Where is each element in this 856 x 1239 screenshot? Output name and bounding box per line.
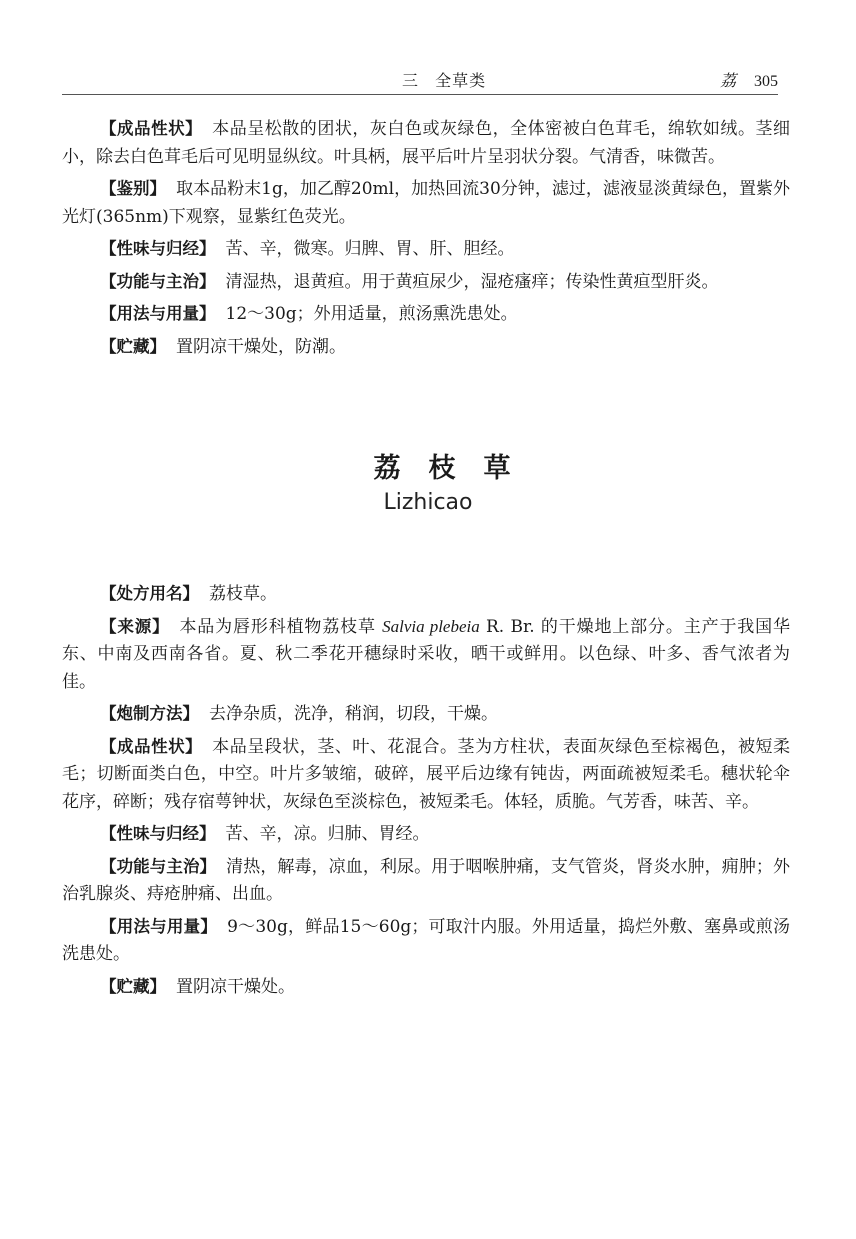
- page-number: 305: [754, 73, 778, 90]
- section-number: 三: [402, 71, 419, 90]
- previous-entry-body: 【成品性状】本品呈松散的团状，灰白色或灰绿色，全体密被白色茸毛，绵软如绒。茎细小…: [62, 115, 790, 365]
- paragraph-nature-meridian: 【性味与归经】苦、辛，微寒。归脾、胃、肝、胆经。: [62, 235, 790, 264]
- paragraph-storage: 【贮藏】置阴凉干燥处。: [62, 973, 790, 1002]
- entry-pinyin: Lizhicao: [0, 490, 856, 515]
- section-label: 【贮藏】: [100, 977, 166, 996]
- section-text: 取本品粉末1g，加乙醇20ml，加热回流30分钟，滤过，滤液显淡黄绿色，置紫外光…: [62, 179, 790, 227]
- running-header: 三 全草类 荔 305: [62, 62, 778, 95]
- paragraph-source: 【来源】本品为唇形科植物荔枝草 Salvia plebeia R. Br. 的干…: [62, 613, 790, 697]
- latin-name: Salvia plebeia: [382, 617, 480, 636]
- section-label: 【性味与归经】: [100, 239, 216, 258]
- paragraph-appearance: 【成品性状】本品呈段状，茎、叶、花混合。茎为方柱状，表面灰绿色至棕褐色，被短柔毛…: [62, 733, 790, 817]
- section-text: 本品为唇形科植物荔枝草: [179, 617, 382, 637]
- paragraph-nature-meridian: 【性味与归经】苦、辛，凉。归肺、胃经。: [62, 820, 790, 849]
- section-text: 荔枝草。: [209, 584, 277, 604]
- section-text: 苦、辛，凉。归肺、胃经。: [226, 824, 430, 844]
- section-label: 【炮制方法】: [100, 704, 199, 723]
- section-text: 去净杂质，洗净，稍润，切段，干燥。: [209, 704, 498, 724]
- section-text: 置阴凉干燥处，防潮。: [176, 337, 346, 357]
- paragraph-identification: 【鉴别】取本品粉末1g，加乙醇20ml，加热回流30分钟，滤过，滤液显淡黄绿色，…: [62, 175, 790, 231]
- section-text: 清湿热，退黄疸。用于黄疸尿少，湿疮瘙痒；传染性黄疸型肝炎。: [226, 272, 719, 292]
- paragraph-storage: 【贮藏】置阴凉干燥处，防潮。: [62, 333, 790, 362]
- entry-body: 【处方用名】荔枝草。 【来源】本品为唇形科植物荔枝草 Salvia plebei…: [62, 580, 790, 1005]
- section-title: 全草类: [435, 71, 486, 90]
- paragraph-processing: 【炮制方法】去净杂质，洗净，稍润，切段，干燥。: [62, 700, 790, 729]
- section-label: 【贮藏】: [100, 337, 166, 356]
- section-label: 【鉴别】: [100, 179, 166, 198]
- section-label: 【性味与归经】: [100, 824, 216, 843]
- section-label: 【来源】: [100, 617, 169, 636]
- section-label: 【成品性状】: [100, 119, 202, 138]
- section-text: 苦、辛，微寒。归脾、胃、肝、胆经。: [226, 239, 515, 259]
- entry-title: 荔枝草: [0, 446, 856, 485]
- herb-index-char: 荔: [720, 71, 736, 90]
- paragraph-function-indication: 【功能与主治】清湿热，退黄疸。用于黄疸尿少，湿疮瘙痒；传染性黄疸型肝炎。: [62, 268, 790, 297]
- paragraph-usage-dosage: 【用法与用量】12～30g；外用适量，煎汤熏洗患处。: [62, 300, 790, 329]
- header-section: 三 全草类: [402, 68, 486, 91]
- section-label: 【功能与主治】: [100, 857, 216, 876]
- paragraph-function-indication: 【功能与主治】清热，解毒，凉血，利尿。用于咽喉肿痛，支气管炎，肾炎水肿，痈肿；外…: [62, 853, 790, 909]
- paragraph-appearance: 【成品性状】本品呈松散的团状，灰白色或灰绿色，全体密被白色茸毛，绵软如绒。茎细小…: [62, 115, 790, 171]
- header-right: 荔 305: [720, 68, 778, 91]
- section-label: 【功能与主治】: [100, 272, 216, 291]
- paragraph-prescription-name: 【处方用名】荔枝草。: [62, 580, 790, 609]
- section-label: 【处方用名】: [100, 584, 199, 603]
- paragraph-usage-dosage: 【用法与用量】9～30g，鲜品15～60g；可取汁内服。外用适量，捣烂外敷、塞鼻…: [62, 913, 790, 969]
- section-text: 12～30g；外用适量，煎汤熏洗患处。: [226, 304, 518, 324]
- section-label: 【用法与用量】: [100, 304, 216, 323]
- section-label: 【用法与用量】: [100, 917, 217, 936]
- section-label: 【成品性状】: [100, 737, 202, 756]
- section-text: 置阴凉干燥处。: [176, 977, 295, 997]
